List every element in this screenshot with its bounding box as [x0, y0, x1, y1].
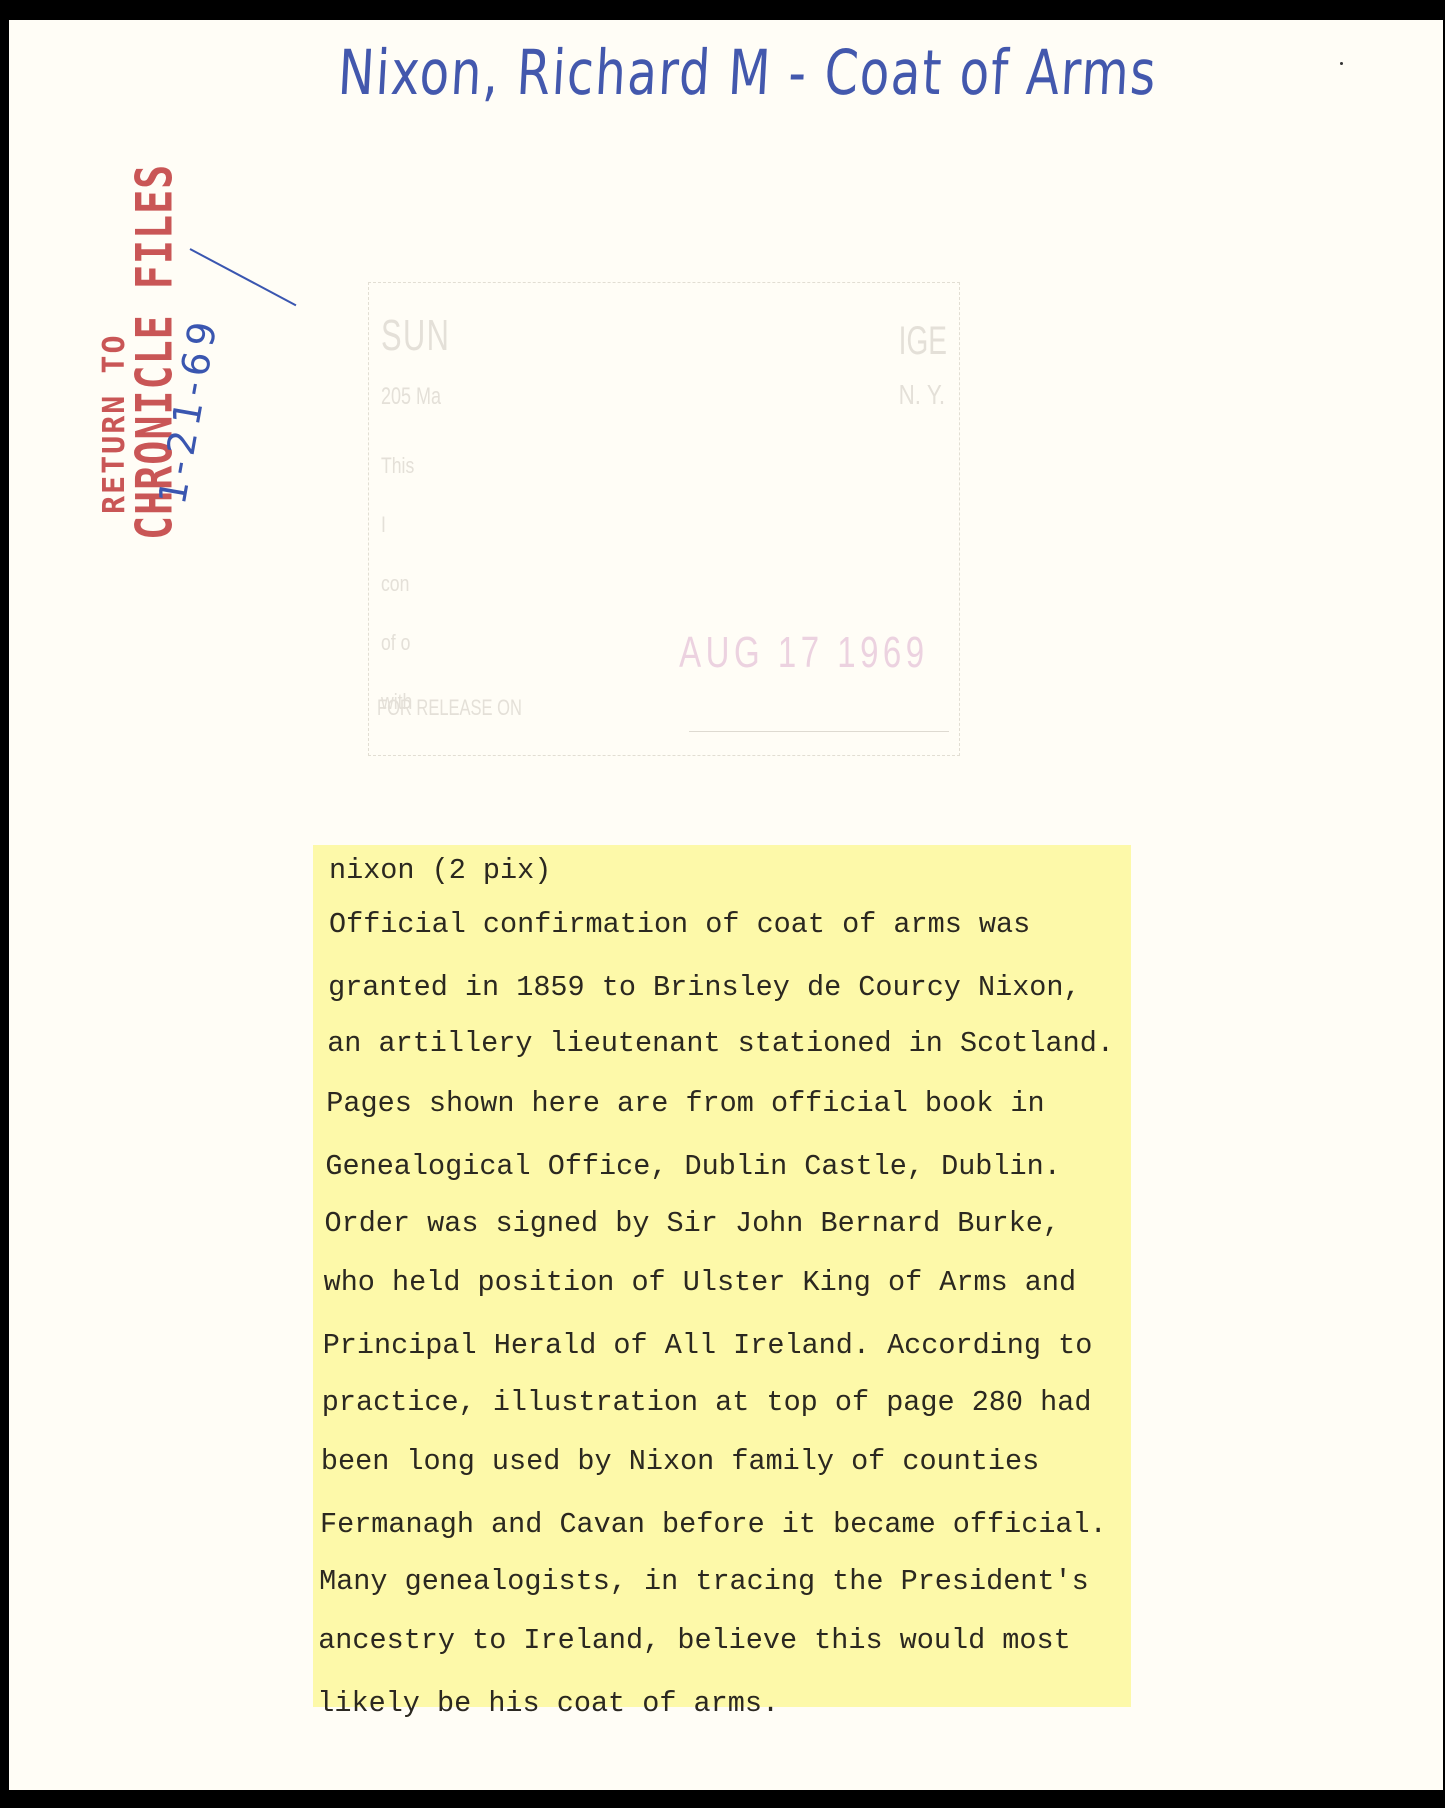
faded-agency-name-start: SUN [381, 311, 450, 361]
caption-slip: nixon (2 pix) Official confirmation of c… [313, 845, 1131, 1707]
caption-line: Genealogical Office, Dublin Castle, Dubl… [325, 1153, 1060, 1182]
caption-line: Order was signed by Sir John Bernard Bur… [325, 1210, 1060, 1239]
caption-line: granted in 1859 to Brinsley de Courcy Ni… [328, 974, 1081, 1003]
faded-address-start: 205 Ma [381, 383, 441, 411]
faded-body-line: This [381, 453, 829, 512]
caption-line: Pages shown here are from official book … [326, 1090, 1044, 1119]
caption-line: who held position of Ulster King of Arms… [324, 1269, 1077, 1298]
faded-address-end: N. Y. [899, 379, 946, 411]
faded-agency-stamp: SUN IGE 205 Ma N. Y. This I con of o wit… [368, 282, 960, 756]
caption-line: ancestry to Ireland, believe this would … [318, 1627, 1071, 1656]
caption-line: likely be his coat of arms. [317, 1690, 779, 1719]
handwritten-title: Nixon, Richard M - Coat of Arms [337, 42, 1159, 104]
caption-line: Many genealogists, in tracing the Presid… [319, 1568, 1089, 1597]
caption-line: practice, illustration at top of page 28… [322, 1389, 1092, 1418]
ink-speck [1340, 62, 1343, 65]
caption-line: an artillery lieutenant stationed in Sco… [327, 1030, 1114, 1059]
caption-line: been long used by Nixon family of counti… [321, 1448, 1039, 1477]
faded-body-line: I [381, 512, 829, 571]
faded-signature-rule [689, 731, 949, 732]
caption-line: Principal Herald of All Ireland. Accordi… [323, 1332, 1093, 1361]
faded-agency-name-end: IGE [899, 319, 947, 364]
caption-line: Official confirmation of coat of arms wa… [329, 911, 1030, 940]
caption-line: Fermanagh and Cavan before it became off… [320, 1511, 1107, 1540]
faded-stamp-date: AUG 17 1969 [680, 628, 929, 678]
faded-release-line: FOR RELEASE ON [377, 695, 522, 721]
faded-body-line: con [381, 571, 829, 630]
caption-slug: nixon (2 pix) [329, 857, 551, 886]
